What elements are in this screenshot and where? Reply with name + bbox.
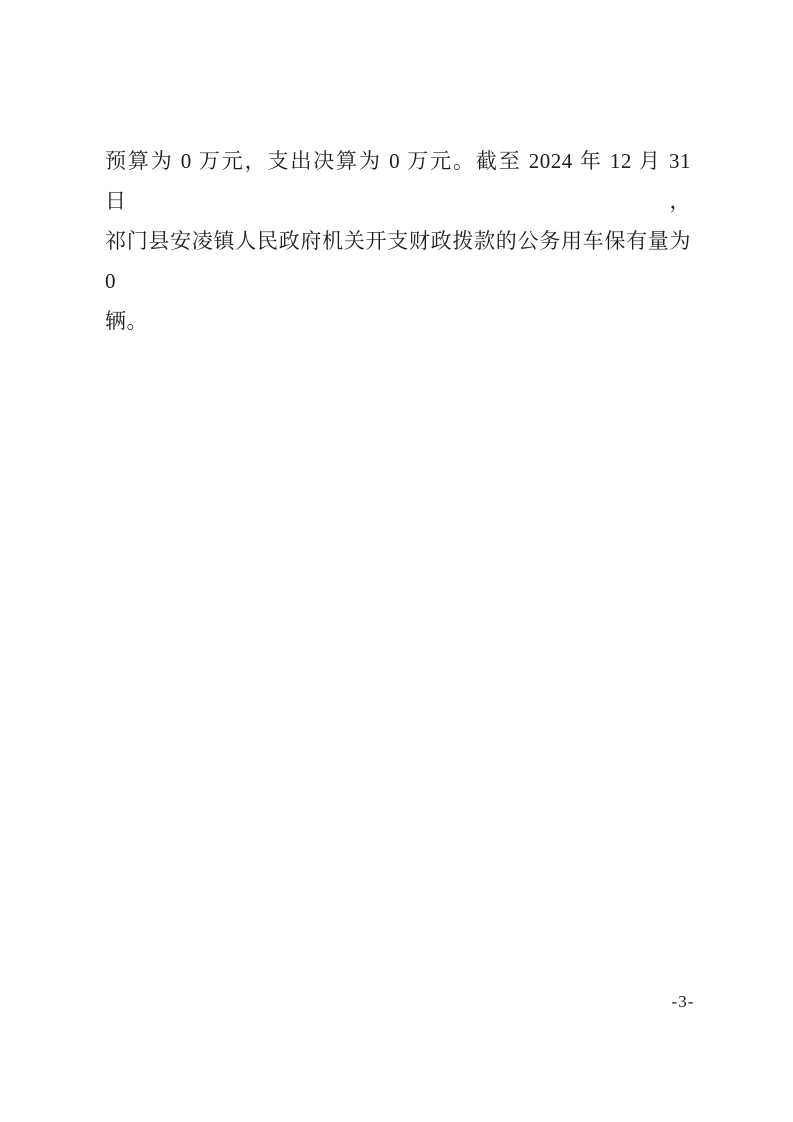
page-number: -3- [648, 990, 718, 1014]
document-page: 预算为 0 万元，支出决算为 0 万元。截至 2024 年 12 月 31 日，… [0, 0, 793, 1122]
paragraph-line-1: 预算为 0 万元，支出决算为 0 万元。截至 2024 年 12 月 31 日， [105, 141, 691, 221]
body-paragraph: 预算为 0 万元，支出决算为 0 万元。截至 2024 年 12 月 31 日，… [105, 141, 691, 341]
paragraph-line-2: 祁门县安凌镇人民政府机关开支财政拨款的公务用车保有量为 0 [105, 221, 691, 301]
paragraph-line-3: 辆。 [105, 301, 691, 341]
